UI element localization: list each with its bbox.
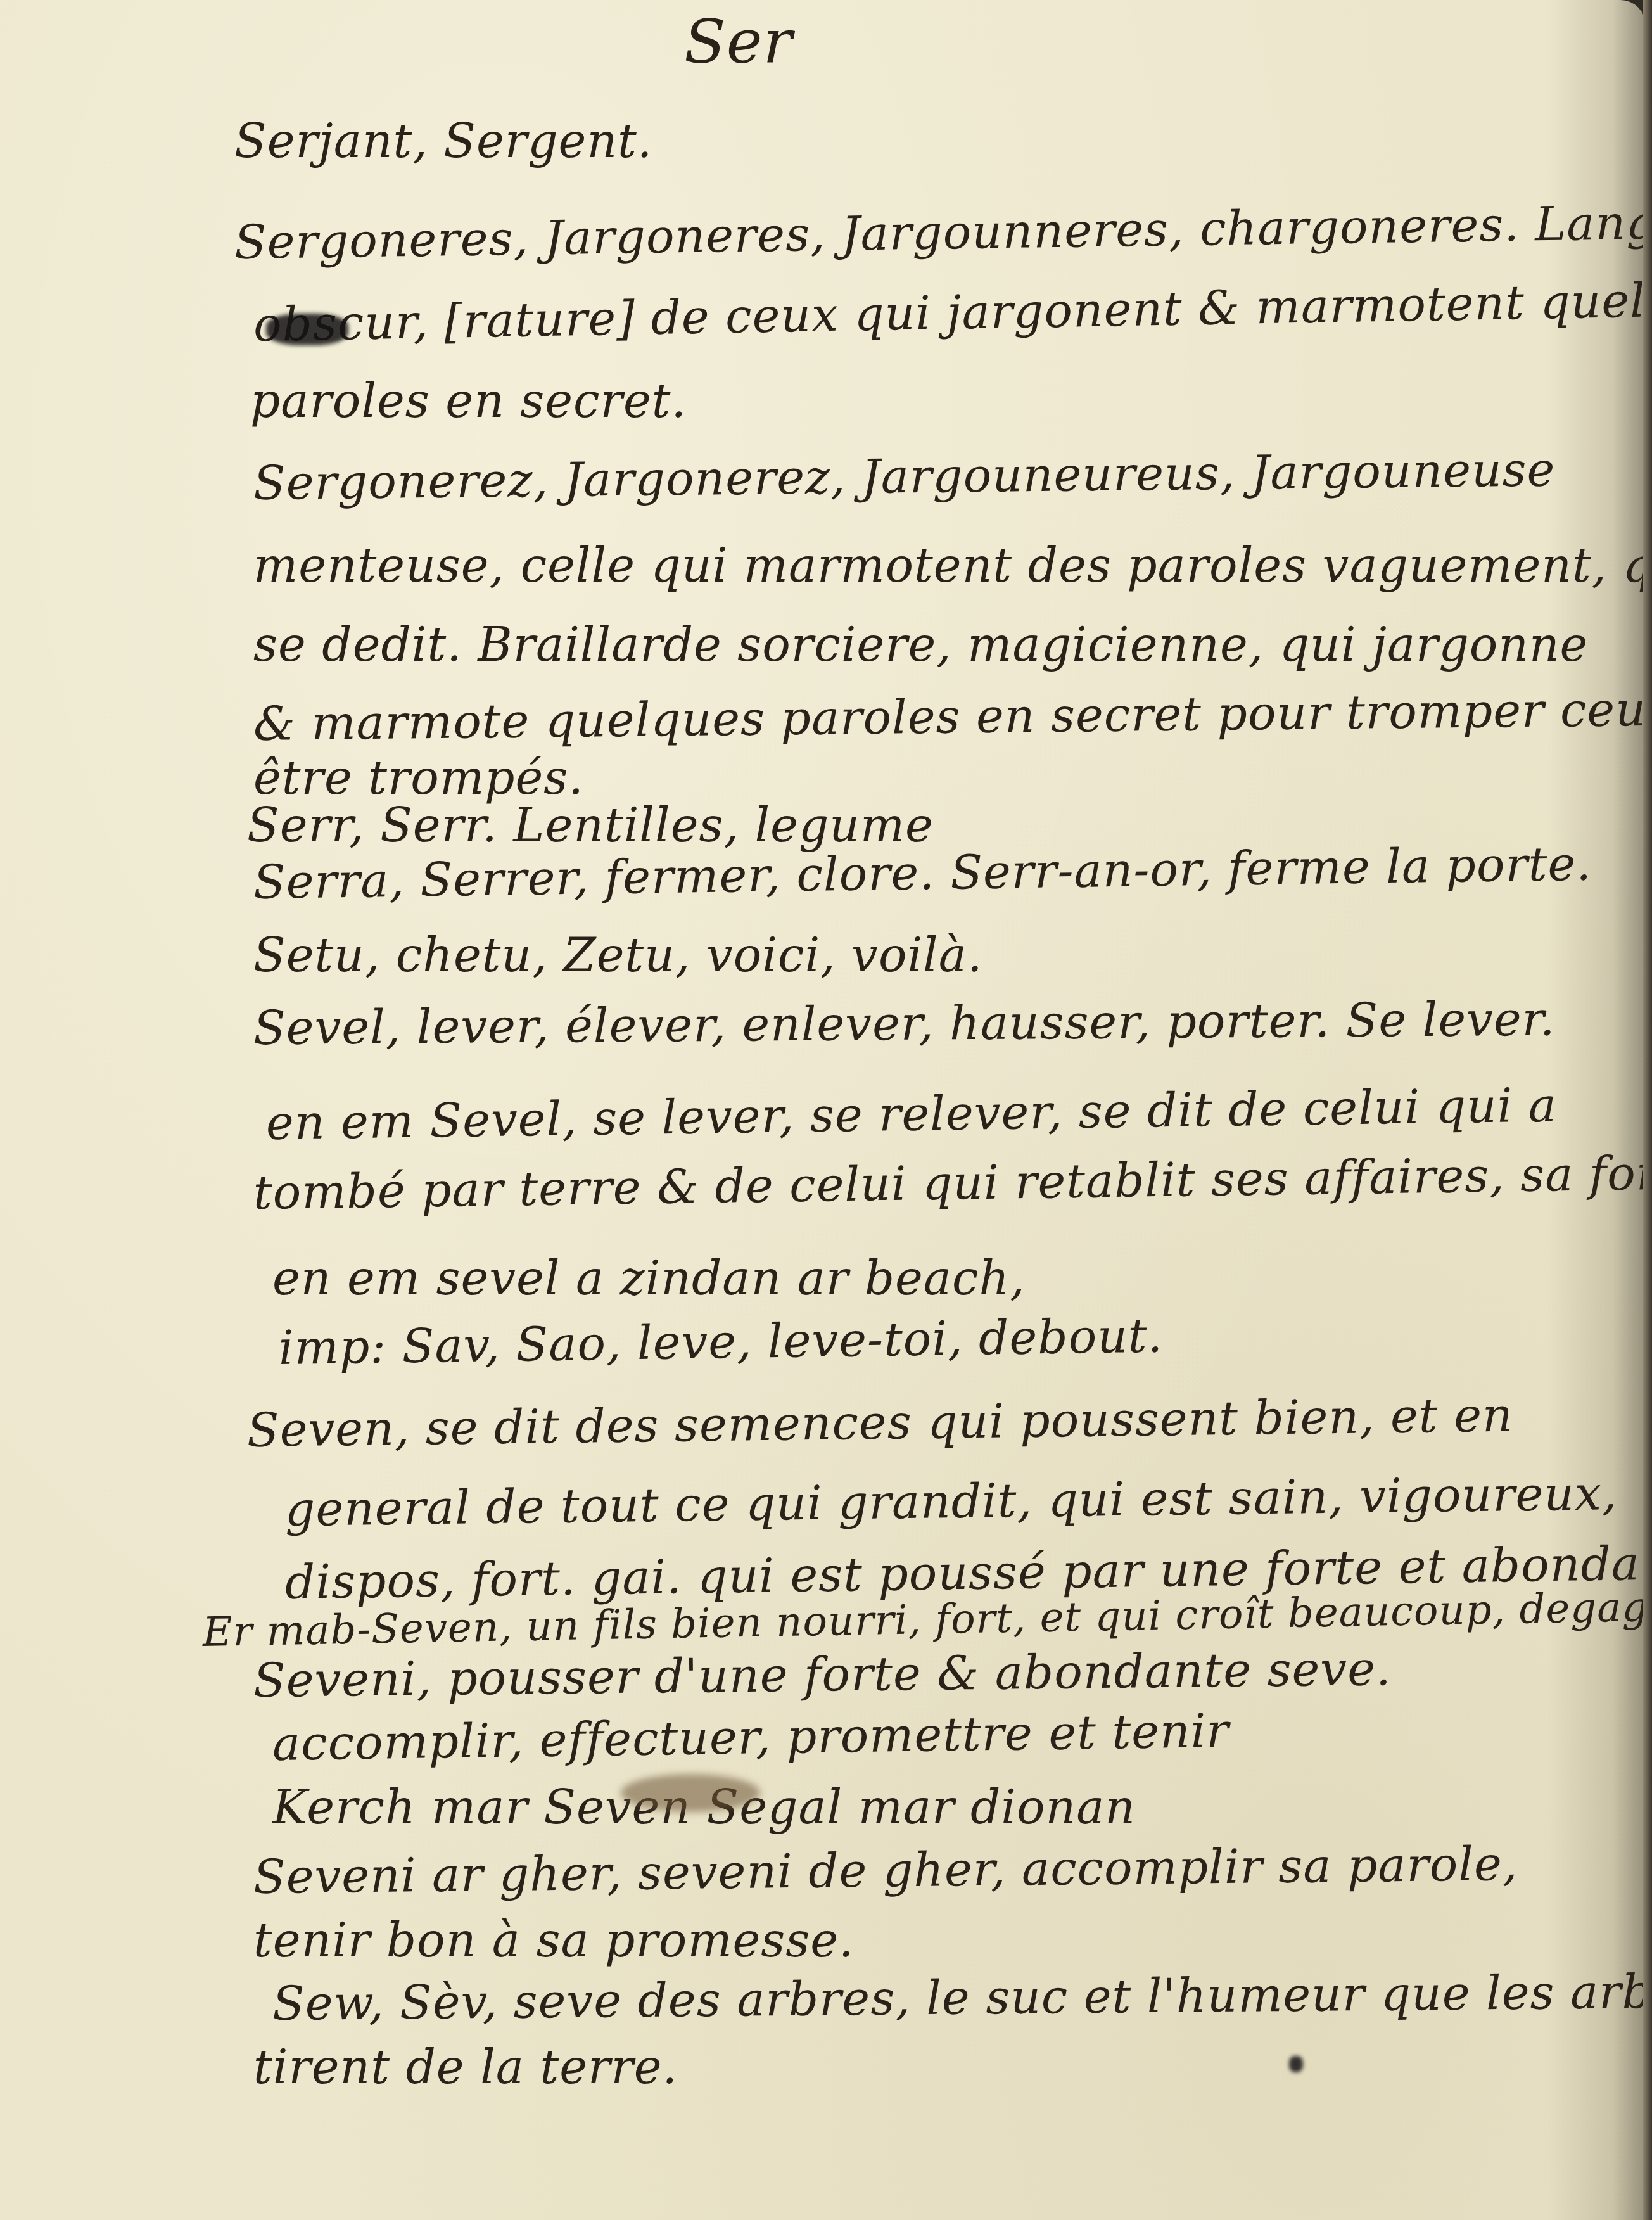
- ink-smudge: [266, 314, 348, 345]
- entry-line: menteuse, celle qui marmotent des parole…: [253, 539, 1652, 593]
- entry-line: accomplir, effectuer, promettre et tenir: [272, 1704, 1229, 1771]
- entry-line: tenir bon à sa promesse.: [253, 1913, 855, 1968]
- entry-line: Sergonerez, Jargonerez, Jargouneureus, J…: [253, 442, 1556, 511]
- entry-line: paroles en secret.: [250, 374, 687, 428]
- manuscript-page: Ser Serjant, Sergent. Sergoneres, Jargon…: [0, 0, 1646, 2220]
- binding-edge: [1643, 0, 1652, 2220]
- entry-line: Sergoneres, Jargoneres, Jargounneres, ch…: [234, 195, 1652, 270]
- entry-line: Seveni, pousser d'une forte & abondante …: [253, 1642, 1392, 1708]
- entry-line: en em sevel a zindan ar beach,: [272, 1251, 1026, 1306]
- ink-dot: [1289, 2056, 1303, 2072]
- entry-line: tombé par terre & de celui qui retablit …: [253, 1144, 1652, 1220]
- entry-line: & marmote quelques paroles en secret pou…: [253, 679, 1652, 751]
- ink-blot: [621, 1774, 760, 1812]
- entry-line: general de tout ce qui grandit, qui est …: [284, 1466, 1617, 1537]
- entry-line: tirent de la terre.: [253, 2040, 678, 2095]
- entry-line: en em Sevel, se lever, se relever, se di…: [265, 1078, 1557, 1151]
- entry-line: Sew, Sèv, seve des arbres, le suc et l'h…: [272, 1964, 1652, 2031]
- page-heading: Ser: [684, 6, 792, 77]
- entry-line: Seveni ar gher, seveni de gher, accompli…: [253, 1837, 1518, 1904]
- entry-line: Setu, chetu, Zetu, voici, voilà.: [253, 928, 982, 983]
- entry-line: être trompés.: [253, 751, 584, 805]
- entry-line: imp: Sav, Sao, leve, leve-toi, debout.: [278, 1309, 1163, 1375]
- entry-line: se dedit. Braillarde sorciere, magicienn…: [253, 618, 1588, 672]
- entry-line: Serr, Serr. Lentilles, legume: [247, 798, 934, 853]
- entry-line: Serjant, Sergent.: [234, 114, 652, 169]
- entry-line: Sevel, lever, élever, enlever, hausser, …: [253, 992, 1556, 1056]
- entry-line: obscur, [rature] de ceux qui jargonent &…: [253, 271, 1652, 352]
- entry-line: Seven, se dit des semences qui poussent …: [246, 1388, 1513, 1458]
